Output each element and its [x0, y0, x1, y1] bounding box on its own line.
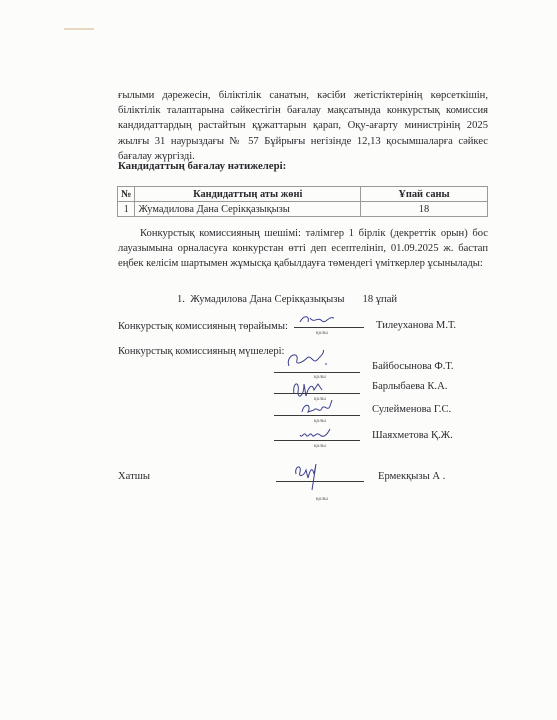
table-header-row: № Кандидаттың аты жөні Ұпай саны: [118, 187, 488, 202]
chair-name: Тилеуханова М.Т.: [376, 320, 456, 331]
secretary-signature-caption: қолы: [316, 496, 328, 502]
scan-smudge: [64, 28, 94, 30]
member-4-caption: қолы: [314, 443, 326, 449]
table-row: 1 Жумадилова Дана Серікқазықызы 18: [118, 202, 488, 217]
col-number-header: №: [118, 187, 135, 202]
member-2-signature-line: [274, 393, 360, 394]
cell-name: Жумадилова Дана Серікқазықызы: [135, 202, 361, 217]
decision-paragraph: Конкурстық комиссияның шешімі: тәлімгер …: [118, 226, 488, 272]
chair-signature-caption: қолы: [316, 330, 328, 336]
secretary-signature: [292, 462, 328, 497]
member-3-name: Сулейменова Г.С.: [372, 404, 451, 415]
member-1-name: Байбосынова Ф.Т.: [372, 361, 453, 372]
member-1-signature-line: [274, 372, 360, 373]
cell-score: 18: [361, 202, 488, 217]
secretary-name: Ермекқызы А .: [378, 471, 445, 482]
member-4-name: Шаяхметова Қ.Ж.: [372, 430, 453, 441]
chair-label: Конкурстық комиссияның төрайымы:: [118, 321, 288, 332]
chair-signature-line: [294, 327, 364, 328]
secretary-label: Хатшы: [118, 471, 150, 482]
intro-paragraph: ғылыми дәрежесін, біліктілік санатын, кә…: [118, 88, 488, 164]
member-2-name: Барлыбаева К.А.: [372, 381, 447, 392]
col-name-header: Кандидаттың аты жөні: [135, 187, 361, 202]
results-heading: Кандидаттың бағалау нәтижелері:: [118, 160, 286, 172]
members-label: Конкурстық комиссияның мүшелері:: [118, 346, 285, 357]
scanned-document-page: ғылыми дәрежесін, біліктілік санатын, кә…: [0, 0, 557, 720]
member-3-signature-line: [274, 415, 360, 416]
secretary-signature-line: [276, 481, 364, 482]
col-score-header: Ұпай саны: [361, 187, 488, 202]
results-table: № Кандидаттың аты жөні Ұпай саны 1 Жумад…: [117, 186, 488, 217]
recommended-candidate: 1. Жумадилова Дана Серікқазықызы18 ұпай: [177, 294, 397, 305]
recommended-score: 18 ұпай: [363, 294, 398, 305]
member-3-caption: қолы: [314, 418, 326, 424]
recommended-name: 1. Жумадилова Дана Серікқазықызы: [177, 294, 345, 305]
member-4-signature-line: [274, 440, 360, 441]
cell-number: 1: [118, 202, 135, 217]
